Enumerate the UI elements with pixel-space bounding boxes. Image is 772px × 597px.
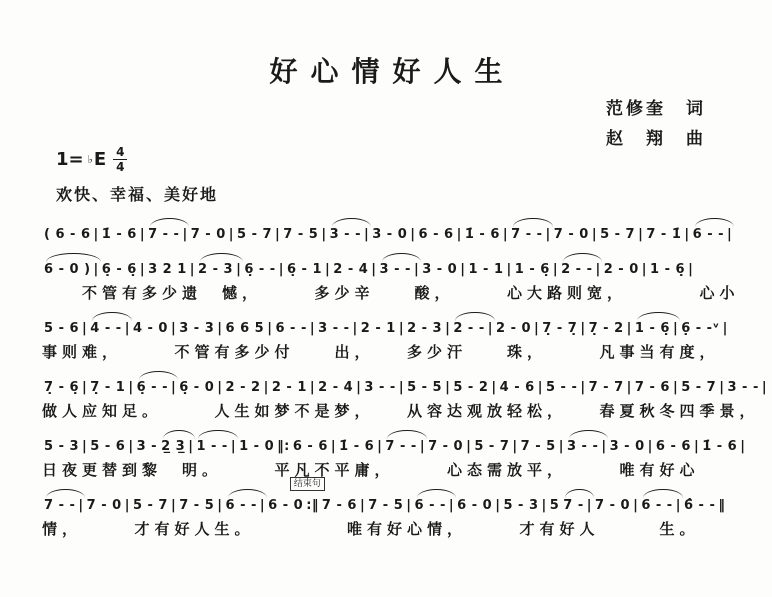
barline: | [694, 437, 699, 457]
measure: 2 - - [451, 319, 486, 339]
barline: | [553, 260, 558, 280]
barline: | [673, 378, 678, 398]
measure: 7 - - [383, 437, 418, 457]
barline: | [559, 437, 564, 457]
barline: | [534, 319, 539, 339]
measure: 5 - 3 [501, 496, 540, 516]
measure: 2 - 0 [602, 260, 641, 280]
song-title: 好心情好人生 [0, 0, 772, 90]
measure: 2 - 3 [196, 260, 235, 280]
measure: 7 - 5 [281, 225, 320, 245]
measure: 6 - 6 [291, 437, 330, 457]
measure: 2 - 1 [359, 319, 398, 339]
measure: 4 - 0 [131, 319, 170, 339]
barline: | [445, 319, 450, 339]
barline: | [592, 225, 597, 245]
barline: | [125, 496, 130, 516]
barline: | [260, 496, 265, 516]
measure: 7 - 5 [519, 437, 558, 457]
measure: 7 - 1̇ [644, 225, 683, 245]
barline: | [331, 437, 336, 457]
barline: | [445, 378, 450, 398]
measure: 6̣ - 0 [177, 378, 216, 398]
barline: | [457, 225, 462, 245]
barline: | [94, 225, 99, 245]
barline: | [321, 225, 326, 245]
measure: 2 - 0 [494, 319, 533, 339]
measure: 2 - 4 [316, 378, 355, 398]
measure: 5 - - [544, 378, 579, 398]
barline: | [580, 319, 585, 339]
barline: | [684, 225, 689, 245]
measure: 2̲ 3̲ [159, 437, 187, 457]
measure: 1 - 6̣ [648, 260, 687, 280]
measure: 4 - - [88, 319, 123, 339]
measure: 1̇ - 6 [463, 225, 502, 245]
measure: 7 - 0 [85, 496, 124, 516]
notation-systems: ( 6 - 6|1̇ - 6|7 - -|7 - 0|5 - 7|7 - 5|3… [42, 215, 772, 540]
barline: | [410, 225, 415, 245]
measure: 1 - 0 [237, 437, 276, 457]
barline: | [371, 260, 376, 280]
measure: 7 - - [146, 225, 181, 245]
measure: 6̣ - - [242, 260, 277, 280]
barline: | [360, 496, 365, 516]
measure: 1 - - [194, 437, 229, 457]
barline: | [688, 260, 693, 280]
lyrics-line: 事则难， 不管有多少付 出， 多少汗 珠， 凡事当有度， [42, 341, 772, 363]
measure: 1 - 6̣ [633, 319, 672, 339]
barline: | [495, 496, 500, 516]
measure: 4 - 6 [498, 378, 537, 398]
composer-credit: 赵 翔 曲 [606, 124, 706, 154]
measure: 7̣ - 7̣ [540, 319, 579, 339]
measure: 3 - - [328, 225, 363, 245]
time-signature-numerator: 4 [113, 146, 127, 160]
notation-line: 5 - 6|4 - -|4 - 0|3 - 3|6 6 5|6 - -|3 - … [42, 309, 772, 339]
measure: 6 - 6 [417, 225, 456, 245]
measure: 2 - 1 [270, 378, 309, 398]
barline: | [264, 378, 269, 398]
notation-line: ( 6 - 6|1̇ - 6|7 - -|7 - 0|5 - 7|7 - 5|3… [42, 215, 772, 245]
barline: | [512, 437, 517, 457]
measure: 7 - 0 [552, 225, 591, 245]
barline: | [399, 319, 404, 339]
barline: | [673, 319, 678, 339]
measure: 7 - - [42, 496, 77, 516]
barline: | [719, 378, 724, 398]
measure: 3 - - [316, 319, 351, 339]
barline: | [231, 437, 236, 457]
measure: 6 - 0 [455, 496, 494, 516]
measure: 7 - 5 [366, 496, 405, 516]
barline: | [217, 378, 222, 398]
notation-line: 7 - -|7 - 0|5 - 7|7 - 5|6 - -|6 - 0:‖7 -… [42, 486, 772, 516]
lyrics-line: 日夜更替到黎 明。 平凡不平庸， 心态需放平， 唯有好心 [42, 459, 772, 481]
measure: 7 - [561, 496, 585, 516]
barline: | [466, 437, 471, 457]
barline: | [128, 378, 133, 398]
barline: | [279, 260, 284, 280]
measure: 2 - - [559, 260, 594, 280]
measure: 3 - [135, 437, 159, 457]
measure: 6 - - [273, 319, 308, 339]
flat-sign: ♭ [88, 153, 93, 166]
measure: 6̣ - - [135, 378, 170, 398]
barline: | [236, 260, 241, 280]
measure: 5 - 6 [88, 437, 127, 457]
barline: | [587, 496, 592, 516]
measure: 2 - 4 [331, 260, 370, 280]
barline: | [353, 319, 358, 339]
barline: | [580, 378, 585, 398]
measure: 2 - 2 [224, 378, 263, 398]
barline: ‖ [718, 496, 725, 516]
measure: 2 - 3 [405, 319, 444, 339]
barline: | [762, 378, 767, 398]
barline: | [229, 225, 234, 245]
measure: 5 [548, 496, 562, 516]
measure: 7̣ - 1 [88, 378, 127, 398]
measure: 1̇ - 6 [337, 437, 376, 457]
notation-system: 5 - 6|4 - -|4 - 0|3 - 3|6 6 5|6 - -|3 - … [42, 309, 772, 363]
barline: | [491, 378, 496, 398]
measure: 7 - 6 [633, 378, 672, 398]
barline: | [82, 437, 87, 457]
lyrics-line: 情， 才有好人生。 唯有好心情， 才有好人 生。 [42, 518, 772, 540]
measure: 6̣ - 1 [285, 260, 324, 280]
barline: | [638, 225, 643, 245]
measure: 7 - 0 [593, 496, 632, 516]
barline: | [399, 378, 404, 398]
barline: | [542, 496, 547, 516]
barline: | [190, 260, 195, 280]
barline: | [275, 225, 280, 245]
measure: 7 - - [509, 225, 544, 245]
barline: | [460, 260, 465, 280]
measure: 1 - 6̣ [513, 260, 552, 280]
barline: | [648, 437, 653, 457]
measure: 3 - 0 [370, 225, 409, 245]
barline: | [217, 496, 222, 516]
measure: 7 - 5 [177, 496, 216, 516]
measure: 7 - 6结束句 [320, 496, 359, 516]
measure: 6 - 6 [654, 437, 693, 457]
measure: 5 - 2 [451, 378, 490, 398]
measure: 3 - - [362, 378, 397, 398]
measure: 7̣ - 6̣ [42, 378, 81, 398]
measure: 3 - - [725, 378, 760, 398]
credits: 范修奎 词 赵 翔 曲 [606, 94, 706, 154]
barline: | [310, 378, 315, 398]
barline: | [503, 225, 508, 245]
barline: ‖: [277, 437, 290, 457]
measure: 6 - 0 [266, 496, 305, 516]
measure: 5 - 7 [235, 225, 274, 245]
barline: | [627, 378, 632, 398]
barline: | [627, 319, 632, 339]
barline: | [546, 225, 551, 245]
barline: | [538, 378, 543, 398]
measure: 5 - 3 [42, 437, 81, 457]
measure: 6 - - [691, 225, 726, 245]
measure: 6 - - [639, 496, 674, 516]
barline: | [420, 437, 425, 457]
measure: 6 - - [224, 496, 259, 516]
notation-system: 6 - 0 )|6̣ - 6̣|3 2 1|2 - 3|6̣ - -|6̣ - … [42, 250, 772, 304]
barline: | [642, 260, 647, 280]
barline: | [217, 319, 222, 339]
measure: 3 2 1 [146, 260, 189, 280]
measure: ( 6 - 6 [42, 225, 93, 245]
measure: 6 - 0 ) [42, 260, 93, 280]
barline: :‖ [306, 496, 319, 516]
barline: | [128, 437, 133, 457]
measure: 7 - 0 [189, 225, 228, 245]
barline: | [125, 319, 130, 339]
measure: 5 - 7 [472, 437, 511, 457]
barline: | [356, 378, 361, 398]
barline: | [140, 225, 145, 245]
barline: | [171, 319, 176, 339]
barline: | [310, 319, 315, 339]
measure: 6̂ - - [682, 496, 717, 516]
barline: | [740, 437, 745, 457]
measure: 7 - 7 [587, 378, 626, 398]
barline: | [601, 437, 606, 457]
barline: | [94, 260, 99, 280]
barline: | [82, 378, 87, 398]
key-prefix: 1= [56, 149, 84, 170]
barline: | [188, 437, 193, 457]
measure: 6̣ - 6̣ [100, 260, 139, 280]
time-signature-denominator: 4 [113, 160, 127, 173]
barline: | [364, 225, 369, 245]
key-letter: E [94, 149, 106, 170]
measure: 3 - 0 [608, 437, 647, 457]
ending-phrase-label: 结束句 [290, 477, 325, 491]
measure: 3 - 0 [420, 260, 459, 280]
barline: | [633, 496, 638, 516]
measure: 7 - 0 [426, 437, 465, 457]
measure: 6 6 5 [224, 319, 267, 339]
measure: 5 - 7 [679, 378, 718, 398]
time-signature: 4 4 [113, 146, 127, 173]
measure: 1̇ - 6 [100, 225, 139, 245]
measure: 3 - - [378, 260, 413, 280]
measure: 3 - - [565, 437, 600, 457]
barline: | [488, 319, 493, 339]
barline: | [676, 496, 681, 516]
barline: | [727, 225, 732, 245]
notation-system: ( 6 - 6|1̇ - 6|7 - -|7 - 0|5 - 7|7 - 5|3… [42, 215, 772, 245]
measure: 7̣ - 2 [587, 319, 626, 339]
measure: 5 - 7 [598, 225, 637, 245]
notation-line: 5 - 3|5 - 6|3 -2̲ 3̲|1 - -|1 - 0‖:6 - 6|… [42, 427, 772, 457]
lyrics-line: 不管有多少遗 憾， 多少辛 酸， 心大路则宽， 心小 [42, 282, 772, 304]
notation-system: 7̣ - 6̣|7̣ - 1|6̣ - -|6̣ - 0|2 - 2|2 - 1… [42, 368, 772, 422]
measure: 5 - 5 [405, 378, 444, 398]
barline: | [377, 437, 382, 457]
barline: | [723, 319, 728, 339]
barline: | [595, 260, 600, 280]
measure: 6 - - [413, 496, 448, 516]
measure: 5 - 7 [131, 496, 170, 516]
barline: | [82, 319, 87, 339]
barline: | [267, 319, 272, 339]
sheet-music-page: 好心情好人生 范修奎 词 赵 翔 曲 1=♭E 4 4 欢快、幸福、美好地 ( … [0, 0, 772, 597]
barline: | [406, 496, 411, 516]
barline: | [414, 260, 419, 280]
barline: | [140, 260, 145, 280]
notation-system: 7 - -|7 - 0|5 - 7|7 - 5|6 - -|6 - 0:‖7 -… [42, 486, 772, 540]
tempo-marking: 欢快、幸福、美好地 [56, 182, 772, 205]
lyrics-line: 做人应知足。 人生如梦不是梦， 从容达观放轻松， 春夏秋冬四季景， [42, 400, 772, 422]
measure: 1̇ - 6 [700, 437, 739, 457]
measure: 5 - 6 [42, 319, 81, 339]
barline: | [325, 260, 330, 280]
lyricist-credit: 范修奎 词 [606, 94, 706, 124]
measure: 6̣ - -ᵛ [679, 319, 721, 339]
barline: | [507, 260, 512, 280]
barline: | [78, 496, 83, 516]
barline: | [182, 225, 187, 245]
notation-line: 7̣ - 6̣|7̣ - 1|6̣ - -|6̣ - 0|2 - 2|2 - 1… [42, 368, 772, 398]
measure: 3 - 3 [177, 319, 216, 339]
measure: 1 - 1 [466, 260, 505, 280]
barline: | [171, 378, 176, 398]
notation-system: 5 - 3|5 - 6|3 -2̲ 3̲|1 - -|1 - 0‖:6 - 6|… [42, 427, 772, 481]
barline: | [171, 496, 176, 516]
notation-line: 6 - 0 )|6̣ - 6̣|3 2 1|2 - 3|6̣ - -|6̣ - … [42, 250, 772, 280]
barline: | [449, 496, 454, 516]
